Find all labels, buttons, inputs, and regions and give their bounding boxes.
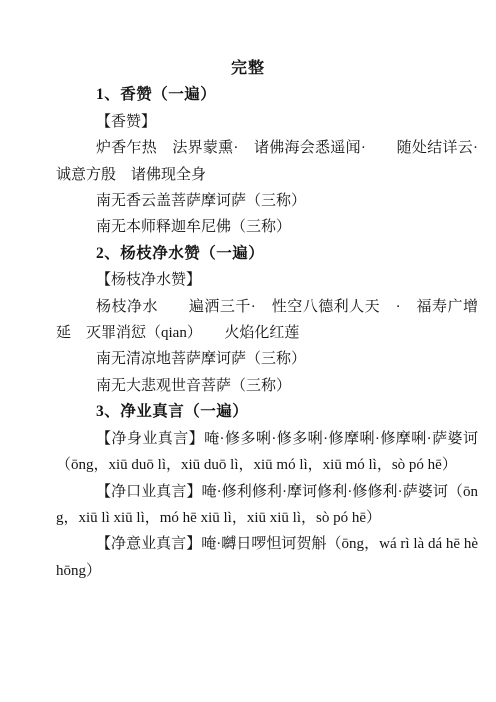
document-page: 完整 1、香赞（一遍） 【香赞】 炉香乍热 法界蒙熏· 诸佛海会悉遥闻· 随处结…	[0, 0, 496, 702]
section-1-chant-1: 南无香云盖菩萨摩诃萨（三称）	[56, 188, 478, 214]
section-2-label: 【杨枝净水赞】	[56, 267, 478, 293]
section-3-heading: 3、净业真言（一遍）	[56, 399, 478, 425]
section-3-mantra-mind: 【净意业真言】唵·嚩日啰怛诃贺斛（ōng，wá rì là dá hē hè h…	[56, 531, 478, 584]
section-2-verse: 杨枝净水 遍洒三千· 性空八德利人天 · 福寿广增延 灭罪消愆（qian） 火焰…	[56, 294, 478, 347]
section-1-verse: 炉香乍热 法界蒙熏· 诸佛海会悉遥闻· 随处结详云· 诚意方殷 诸佛现全身	[56, 135, 478, 188]
section-3-mantra-mouth: 【净口业真言】唵·修利修利·摩诃修利·修修利·萨婆诃（ōng，xiū lì xi…	[56, 479, 478, 532]
section-3-mantra-body: 【净身业真言】唵·修多唎·修多唎·修摩唎·修摩唎·萨婆诃（ōng，xiū duō…	[56, 426, 478, 479]
section-2-chant-2: 南无大悲观世音菩萨（三称）	[56, 373, 478, 399]
section-2-heading: 2、杨枝净水赞（一遍）	[56, 241, 478, 267]
section-1-label: 【香赞】	[56, 109, 478, 135]
section-1-chant-2: 南无本师释迦牟尼佛（三称）	[56, 214, 478, 240]
section-1-heading: 1、香赞（一遍）	[56, 82, 478, 108]
section-2-chant-1: 南无清凉地菩萨摩诃萨（三称）	[56, 346, 478, 372]
document-title: 完整	[0, 56, 496, 82]
